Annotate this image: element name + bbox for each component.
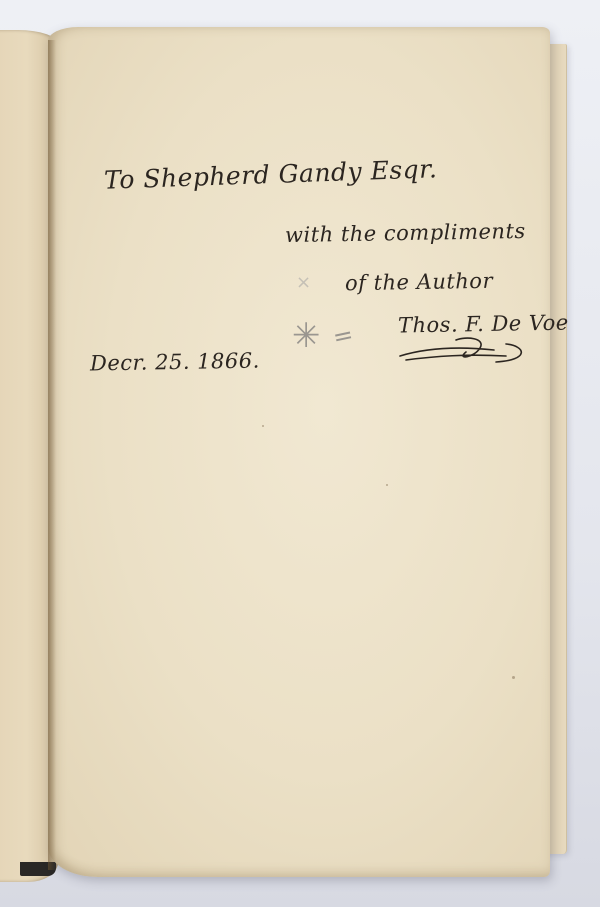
paper-foxing-spot: [262, 425, 264, 427]
inscription-of-author: of the Author: [345, 269, 493, 296]
pencil-x-mark: ×: [296, 272, 311, 293]
paper-foxing-spot: [386, 484, 388, 486]
book-photo-scene: To Shepherd Gandy Esqr. with the complim…: [0, 0, 600, 907]
flyleaf-page: [48, 27, 550, 877]
inscription-compliments: with the compliments: [285, 219, 526, 247]
signature-flourish-icon: [396, 334, 536, 368]
page-gutter-shadow: [48, 40, 56, 870]
paper-foxing-spot: [512, 676, 515, 679]
pencil-asterisk-icon: ✳: [292, 316, 321, 356]
inscription-date: Decr. 25. 1866.: [90, 349, 260, 376]
